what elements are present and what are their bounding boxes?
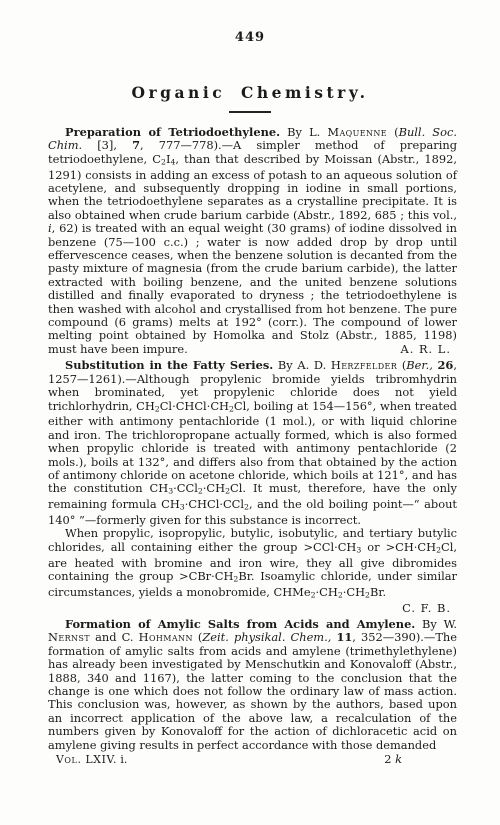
text-segment: ·CH	[316, 585, 338, 599]
text-segment: Cl·CHCl·CH	[160, 399, 229, 413]
page-footer: Vol. LXIV. i. 2 k	[48, 753, 457, 766]
text-segment: Zeit. physikal. Chem.,	[202, 630, 331, 644]
article-paragraph: Preparation of Tetriodoethylene. By L. M…	[48, 126, 457, 356]
text-segment: Substitution in the Fatty Series.	[65, 358, 273, 372]
text-segment: Ber.,	[406, 358, 433, 372]
article-fatty-series: Substitution in the Fatty Series. By A. …	[48, 359, 457, 615]
article-paragraph: Formation of Amylic Salts from Acids and…	[48, 618, 457, 752]
text-segment: By A. D.	[273, 358, 331, 372]
text-segment: By L.	[280, 125, 327, 139]
text-segment: Herzfelder	[331, 358, 397, 372]
text-segment: ·CHCl·CCl	[185, 497, 244, 511]
text-segment: Hohmann	[139, 630, 193, 644]
signature-mark-number: 2	[384, 752, 391, 766]
text-segment: or >CH·CH	[361, 540, 436, 554]
signature-mark-letter: k	[395, 752, 402, 766]
text-segment: By W.	[415, 617, 457, 631]
text-segment: , 62) is treated with an equal weight (3…	[48, 221, 457, 356]
text-segment: ·CH	[343, 585, 365, 599]
text-segment: , 352—390).—The formation of amylic salt…	[48, 630, 457, 751]
text-segment: Formation of Amylic Salts from Acids and…	[65, 617, 415, 631]
text-segment: (	[397, 358, 406, 372]
text-segment: Preparation of Tetriodoethylene.	[65, 125, 280, 139]
volume-label: Vol. LXIV. i.	[48, 753, 127, 766]
signature-mark: 2 k	[384, 753, 402, 766]
page-number: 449	[0, 0, 500, 45]
section-divider	[229, 111, 271, 113]
text-segment: 26	[438, 358, 454, 372]
text-segment: ·CCl	[173, 481, 198, 495]
text-segment: [3],	[82, 138, 132, 152]
text-segment: Maquenne	[327, 125, 387, 139]
volume-caps: Vol. LXIV.	[56, 753, 117, 766]
page-content: Preparation of Tetriodoethylene. By L. M…	[48, 126, 457, 752]
volume-part: i.	[117, 753, 127, 766]
text-segment: and C.	[90, 630, 139, 644]
journal-page: 449 Organic Chemistry. Preparation of Te…	[0, 0, 500, 825]
text-segment: 11	[336, 630, 352, 644]
article-paragraph: Substitution in the Fatty Series. By A. …	[48, 359, 457, 527]
text-segment: 7	[132, 138, 140, 152]
text-segment: (	[387, 125, 399, 139]
text-segment: Nernst	[48, 630, 90, 644]
section-heading: Organic Chemistry.	[0, 83, 500, 102]
text-segment: ·CH	[203, 481, 225, 495]
text-segment: Br.	[370, 585, 386, 599]
article-tetriodoethylene: Preparation of Tetriodoethylene. By L. M…	[48, 126, 457, 356]
text-segment: (	[193, 630, 203, 644]
article-amylic-salts: Formation of Amylic Salts from Acids and…	[48, 618, 457, 752]
article-paragraph: When propylic, isopropylic, butylic, iso…	[48, 527, 457, 601]
author-initials: C. F. B.	[48, 602, 457, 615]
